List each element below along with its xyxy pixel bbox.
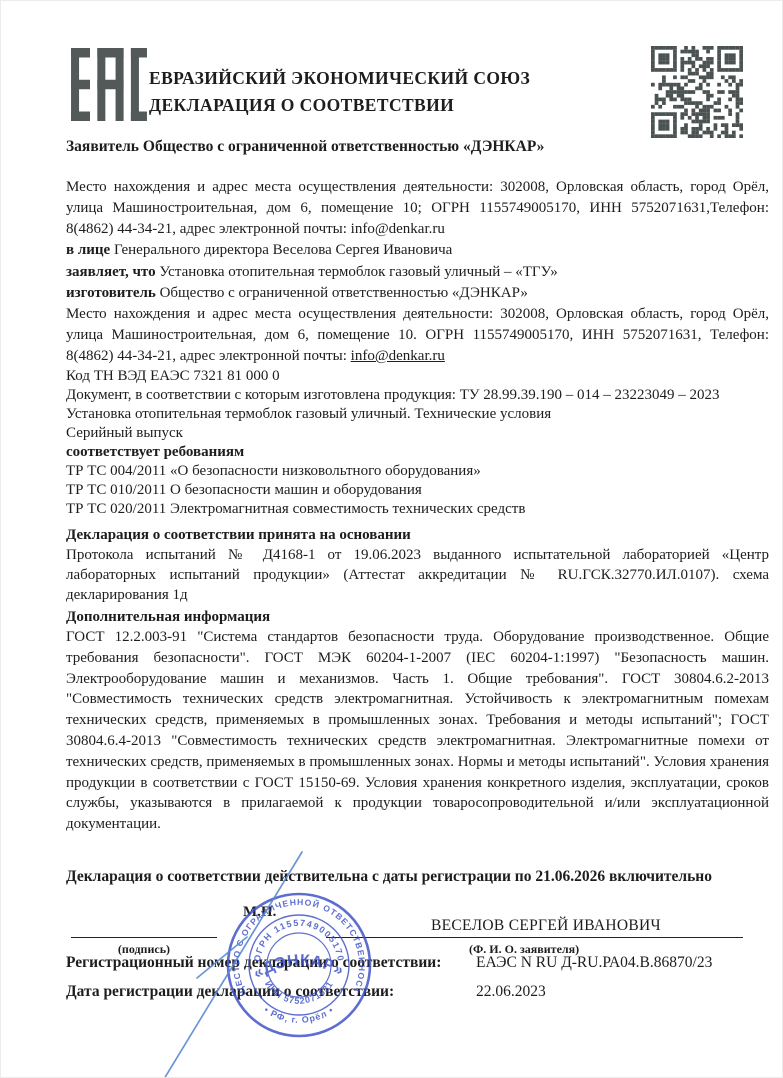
manufacturer-address: Место нахождения и адрес места осуществл… bbox=[66, 304, 769, 367]
svg-text:ОГРН 1155749005170: ОГРН 1155749005170 bbox=[252, 918, 346, 963]
declaration-subject: заявляет, что Установка отопительная тер… bbox=[66, 262, 769, 283]
stamp-outer-ring-text: ОБЩЕСТВО С ОГРАНИЧЕННОЙ ОТВЕТСТВЕННОСТЬЮ bbox=[213, 879, 367, 998]
signature-line bbox=[71, 937, 217, 938]
applicant-full-name: ВЕСЕЛОВ СЕРГЕЙ ИВАНОВИЧ bbox=[431, 917, 661, 935]
svg-text:ОБЩЕСТВО С ОГРАНИЧЕННОЙ ОТВЕТС: ОБЩЕСТВО С ОГРАНИЧЕННОЙ ОТВЕТСТВЕННОСТЬЮ bbox=[213, 879, 367, 998]
regulation-tr-ts-010: ТР ТС 010/2011 О безопасности машин и об… bbox=[66, 481, 769, 500]
stamp-inn-text: ИНН 5752071631 bbox=[263, 979, 335, 1006]
declares-label: заявляет, что bbox=[66, 264, 156, 280]
regulation-tr-ts-020: ТР ТС 020/2011 Электромагнитная совмести… bbox=[66, 500, 769, 519]
validity-line: Декларация о соответствии действительна … bbox=[66, 866, 769, 887]
applicant-in-person: в лице Генерального директора Веселова С… bbox=[66, 240, 769, 261]
name-line bbox=[326, 937, 743, 938]
applicant-label: Заявитель bbox=[66, 138, 139, 155]
stamp-company-name: «ДЭНКАР» bbox=[250, 952, 346, 983]
manufacturer-label: изготовитель bbox=[66, 285, 156, 301]
additional-info-label: Дополнительная информация bbox=[66, 607, 769, 627]
document-header: ЕВРАЗИЙСКИЙ ЭКОНОМИЧЕСКИЙ СОЮЗ ДЕКЛАРАЦИ… bbox=[1, 44, 782, 136]
svg-text:• РФ, г. Орёл •: • РФ, г. Орёл • bbox=[262, 1005, 335, 1025]
union-name: ЕВРАЗИЙСКИЙ ЭКОНОМИЧЕСКИЙ СОЮЗ bbox=[149, 65, 530, 92]
serial-issue: Серийный выпуск bbox=[66, 424, 769, 443]
declaration-document: ЕВРАЗИЙСКИЙ ЭКОНОМИЧЕСКИЙ СОЮЗ ДЕКЛАРАЦИ… bbox=[0, 0, 783, 1078]
compliance-label: соответствует ребованиям bbox=[66, 443, 769, 462]
applicant-name: Общество с ограниченной ответственностью… bbox=[143, 138, 545, 155]
product-document-line: Документ, в соответствии с которым изгот… bbox=[66, 386, 769, 405]
stamp-city-text: • РФ, г. Орёл • bbox=[262, 1005, 335, 1025]
document-type-title: ДЕКЛАРАЦИЯ О СООТВЕТСТВИИ bbox=[149, 92, 530, 119]
basis-label: Декларация о соответствии принята на осн… bbox=[66, 525, 769, 545]
applicant-line: Заявитель Общество с ограниченной ответс… bbox=[66, 136, 769, 157]
svg-text:ИНН 5752071631: ИНН 5752071631 bbox=[263, 979, 335, 1006]
manufacturer-email: info@denkar.ru bbox=[351, 348, 445, 364]
document-titles: ЕВРАЗИЙСКИЙ ЭКОНОМИЧЕСКИЙ СОЮЗ ДЕКЛАРАЦИ… bbox=[149, 65, 530, 119]
eac-mark-icon bbox=[71, 48, 147, 121]
name-caption: (Ф. И. О. заявителя) bbox=[469, 942, 579, 957]
additional-info-text: ГОСТ 12.2.003-91 "Система стандартов без… bbox=[66, 627, 769, 835]
signature-caption: (подпись) bbox=[71, 942, 217, 957]
product-name-line: Установка отопительная термоблок газовый… bbox=[66, 405, 769, 424]
svg-text:«ДЭНКАР»: «ДЭНКАР» bbox=[250, 952, 346, 983]
registration-number-value: ЕАЭС N RU Д-RU.РА04.В.86870/23 bbox=[476, 954, 712, 972]
manufacturer-line: изготовитель Общество с ограниченной отв… bbox=[66, 283, 769, 304]
registration-date-value: 22.06.2023 bbox=[476, 983, 546, 1001]
in-person-label: в лице bbox=[66, 242, 110, 258]
stamp-ogrn-text: ОГРН 1155749005170 bbox=[252, 918, 346, 963]
mp-seal-label: М.П. bbox=[243, 904, 276, 921]
basis-text: Протокола испытаний № Д4168-1 от 19.06.2… bbox=[66, 545, 769, 605]
registration-date-label: Дата регистрации декларации о соответств… bbox=[66, 983, 394, 1001]
applicant-address: Место нахождения и адрес места осуществл… bbox=[66, 177, 769, 240]
qr-code-icon bbox=[651, 46, 743, 138]
company-round-stamp: ОБЩЕСТВО С ОГРАНИЧЕННОЙ ОТВЕТСТВЕННОСТЬЮ… bbox=[213, 879, 385, 1051]
regulation-tr-ts-004: ТР ТС 004/2011 «О безопасности низковоль… bbox=[66, 462, 769, 481]
tn-ved-code: Код ТН ВЭД ЕАЭС 7321 81 000 0 bbox=[66, 367, 769, 386]
registration-number-label: Регистрационный номер декларации о соотв… bbox=[66, 954, 441, 972]
